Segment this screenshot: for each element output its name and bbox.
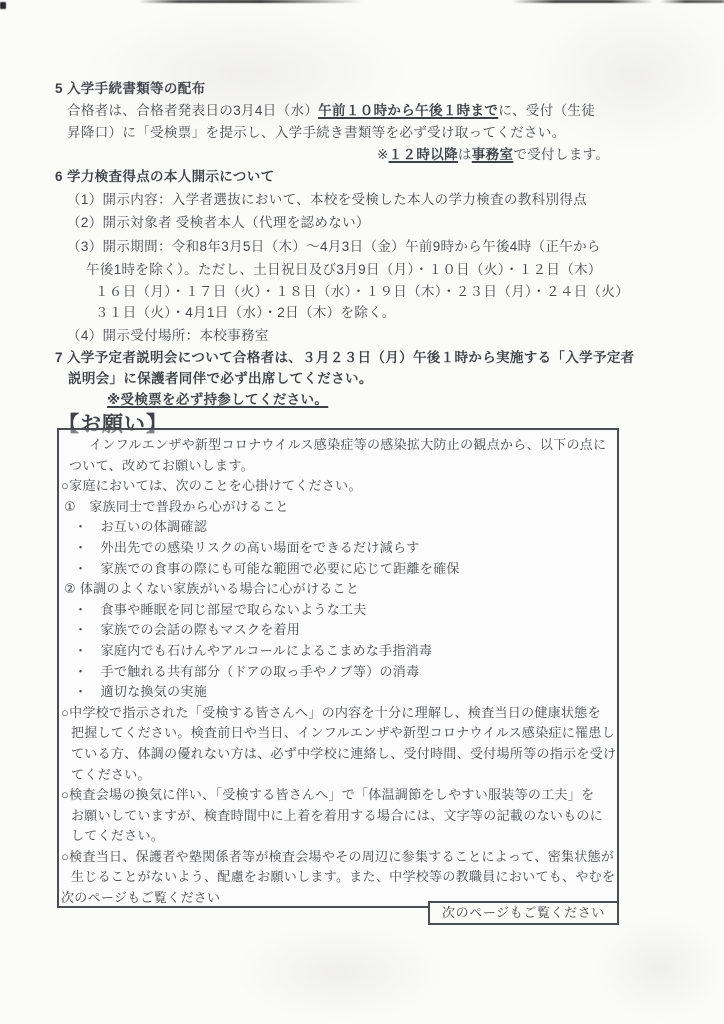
scan-streak-artifact (138, 0, 362, 3)
request-line: ・ 適切な換気の実施 (59, 682, 617, 703)
scan-streak-artifact (660, 0, 724, 3)
section6-item4: （4）開示受付場所：本校事務室 (67, 324, 684, 347)
request-line: 生じることがないよう、配慮をお願いします。また、中学校等の教職員においても、やむ… (59, 867, 617, 888)
request-line: ・ お互いの体調確認 (59, 517, 617, 538)
request-line: ○中学校で指示された「受検する皆さんへ」の内容を十分に理解し、検査当日の健康状態… (59, 703, 617, 724)
scanned-document-page: 5 入学手続書類等の配布 合格者は、合格者発表日の3月4日（水）午前１０時から午… (0, 0, 724, 1024)
section5-heading: 5 入学手続書類等の配布 (55, 78, 684, 100)
request-box: インフルエンザや新型コロナウイルス感染症等の感染拡大防止の観点から、以下の点に … (57, 428, 619, 908)
note-time-emphasis: １２時以降 (389, 147, 458, 162)
request-line: てください。 (59, 765, 617, 786)
request-line: ① 家族同士で普段から心がけること (59, 497, 617, 518)
section5-line2: 昇降口）に「受検票」を提示し、入学手続き書類等を必ず受け取ってください。 (67, 122, 684, 144)
scan-corner-artifact (0, 2, 6, 9)
section7-note: ※受検票を必ず持参してください。 (107, 390, 684, 409)
request-line: ・ 手で触れる共有部分（ドアの取っ手やノブ等）の消毒 (59, 662, 617, 683)
section7-line2: 説明会」に保護者同伴で必ず出席してください。 (68, 368, 684, 390)
request-line: ○家庭においては、次のことを心掛けてください。 (59, 476, 617, 497)
section5-time-emphasis: 午前１０時から午後１時まで (318, 103, 498, 118)
request-line: ・ 外出先での感染リスクの高い場面をできるだけ減らす (59, 538, 617, 559)
scan-shadow (235, 925, 445, 1020)
note-tail: で受付します。 (513, 147, 609, 162)
note-office-emphasis: 事務室 (472, 147, 514, 162)
next-page-note: 次のページもご覧ください (428, 901, 619, 925)
section5-line1-post: に、受付（生徒 (498, 103, 595, 118)
section6-item3-line3: １６日（月）・１７日（火）・１８日（水）・１９日（木）・２３日（月）・２４日（火… (95, 281, 684, 303)
section5-line1: 合格者は、合格者発表日の3月4日（水）午前１０時から午後１時までに、受付（生徒 (67, 100, 684, 122)
note-asterisk: ※ (377, 147, 389, 162)
section5-line1-pre: 合格者は、合格者発表日の3月4日（水） (67, 103, 318, 118)
section6-item2: （2）開示対象者 受検者本人（代理を認めない） (67, 211, 684, 235)
request-line: ② 体調のよくない家族がいる場合に心がけること (59, 579, 617, 600)
scan-shadow (595, 915, 724, 1020)
request-line: インフルエンザや新型コロナウイルス感染症等の感染拡大防止の観点から、以下の点に (59, 435, 617, 456)
section7-note-emphasis: ※受検票を必ず持参してください。 (107, 392, 328, 407)
request-line: お願いしていますが、検査時間中に上着を着用する場合には、文字等の記載のないものに (59, 806, 617, 827)
request-line: ・ 家族での食事の際にも可能な範囲で必要に応じて距離を確保 (59, 559, 617, 580)
request-line: ている方、体調の優れない方は、必ず中学校に連絡し、受付時間、受付場所等の指示を受… (59, 744, 617, 765)
request-line: 把握してください。検査前日や当日、インフルエンザや新型コロナウイルス感染症に罹患… (59, 723, 617, 744)
section6-item3-line1: （3）開示期間：令和8年3月5日（木）～4月3日（金）午前9時から午後4時（正午… (67, 235, 684, 259)
section6-heading: 6 学力検査得点の本人開示について (55, 166, 684, 188)
request-line: してください。 (59, 826, 617, 847)
section6-item3-line2: 午後1時を除く）。ただし、土日祝日及び3月9日（月）・１０日（火）・１２日（木） (86, 259, 684, 281)
scan-streak-artifact (512, 0, 654, 3)
request-line: ・ 家庭内でも石けんやアルコールによるこまめな手指消毒 (59, 641, 617, 662)
request-line: ・ 食事や睡眠を同じ部屋で取らないような工夫 (59, 600, 617, 621)
section5-note: ※１２時以降は事務室で受付します。 (377, 144, 684, 166)
section7-line1: 7 入学予定者説明会について合格者は、３月２３日（月）午後１時から実施する「入学… (55, 347, 684, 368)
section6-item3-line4: ３１日（火）・4月1日（水）・2日（木）を除く。 (95, 302, 684, 324)
section6-item1: （1）開示内容：入学者選抜において、本校を受検した本人の学力検査の教科別得点 (67, 188, 684, 211)
request-line: ○検査会場の換気に伴い、「受検する皆さんへ」で「体温調節をしやすい服装等の工夫」… (59, 785, 617, 806)
request-line: ついて、改めてお願いします。 (59, 456, 617, 477)
document-content: 5 入学手続書類等の配布 合格者は、合格者発表日の3月4日（水）午前１０時から午… (55, 78, 684, 439)
request-line: ○検査当日、保護者や塾関係者等が検査会場やその周辺に参集することによって、密集状… (59, 847, 617, 868)
request-line: ・ 家族での会話の際もマスクを着用 (59, 620, 617, 641)
note-mid: は (458, 147, 472, 162)
